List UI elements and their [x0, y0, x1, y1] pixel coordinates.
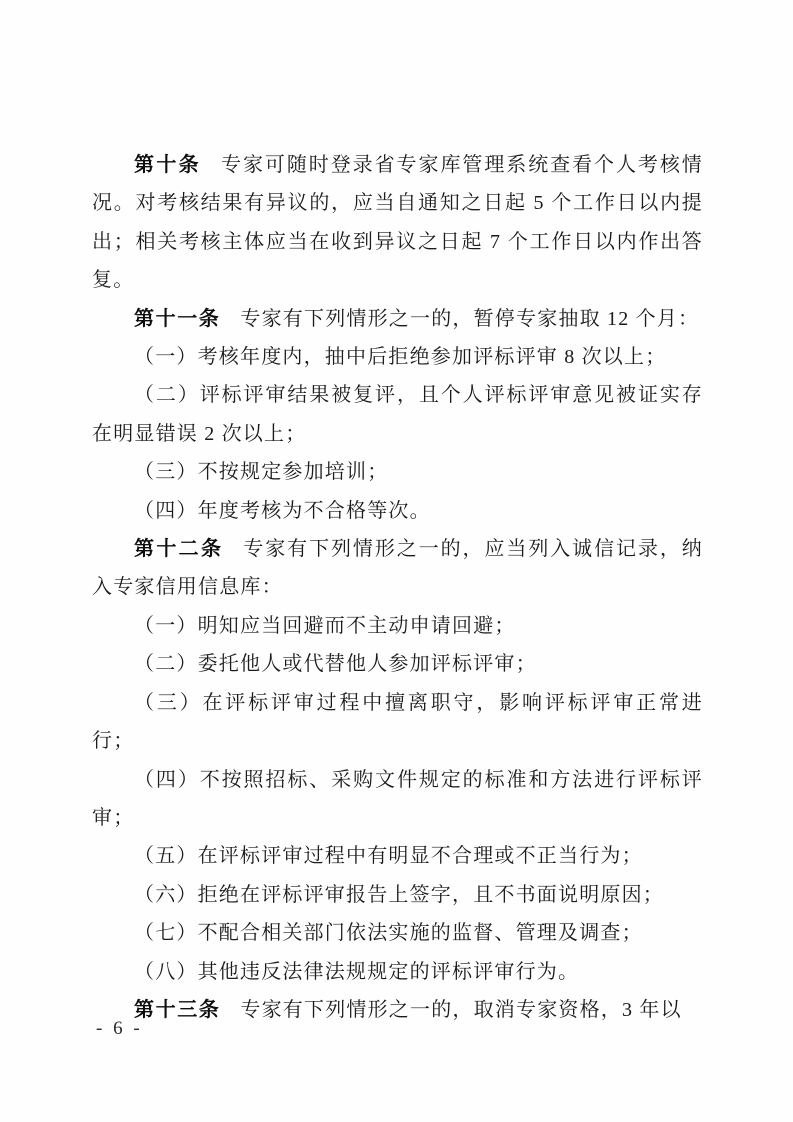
article-number: 第十二条	[134, 538, 223, 560]
paragraph-text: （三）不按规定参加培训；	[134, 461, 388, 483]
paragraph-article-12: 第十二条专家有下列情形之一的，应当列入诚信记录，纳入专家信用信息库：	[92, 530, 703, 607]
page-number: - 6 -	[96, 1018, 143, 1040]
list-item: （二）评标评审结果被复评，且个人评标评审意见被证实存在明显错误 2 次以上；	[92, 376, 703, 453]
list-item: （四）不按照招标、采购文件规定的标准和方法进行评标评审；	[92, 761, 703, 838]
list-item: （二）委托他人或代替他人参加评标评审；	[92, 645, 703, 683]
paragraph-text: （七）不配合相关部门依法实施的监督、管理及调查；	[134, 922, 643, 944]
paragraph-article-11: 第十一条专家有下列情形之一的，暂停专家抽取 12 个月：	[92, 300, 703, 338]
list-item: （七）不配合相关部门依法实施的监督、管理及调查；	[92, 914, 703, 952]
article-number: 第十三条	[134, 999, 220, 1021]
list-item: （三）不按规定参加培训；	[92, 453, 703, 491]
list-item: （三）在评标评审过程中擅离职守，影响评标评审正常进行；	[92, 684, 703, 761]
list-item: （一）考核年度内，抽中后拒绝参加评标评审 8 次以上；	[92, 338, 703, 376]
list-item: （六）拒绝在评标评审报告上签字，且不书面说明原因；	[92, 876, 703, 914]
paragraph-text: （四）不按照招标、采购文件规定的标准和方法进行评标评审；	[92, 769, 703, 829]
list-item: （四）年度考核为不合格等次。	[92, 492, 703, 530]
paragraph-text: （二）委托他人或代替他人参加评标评审；	[134, 653, 537, 675]
paragraph-text: 专家有下列情形之一的，取消专家资格，3 年以	[240, 999, 681, 1021]
paragraph-article-13: 第十三条专家有下列情形之一的，取消专家资格，3 年以	[92, 991, 703, 1029]
paragraph-text: （三）在评标评审过程中擅离职守，影响评标评审正常进行；	[92, 692, 703, 752]
article-number: 第十条	[134, 154, 201, 176]
paragraph-text: （四）年度考核为不合格等次。	[134, 500, 431, 522]
paragraph-text: （二）评标评审结果被复评，且个人评标评审意见被证实存在明显错误 2 次以上；	[92, 384, 703, 444]
document-body: 第十条专家可随时登录省专家库管理系统查看个人考核情况。对考核结果有异议的，应当自…	[92, 146, 703, 1029]
paragraph-text: （五）在评标评审过程中有明显不合理或不正当行为；	[134, 845, 643, 867]
paragraph-text: （八）其他违反法律法规规定的评标评审行为。	[134, 961, 579, 983]
article-number: 第十一条	[134, 308, 220, 330]
paragraph-text: （六）拒绝在评标评审报告上签字，且不书面说明原因；	[134, 884, 664, 906]
list-item: （八）其他违反法律法规规定的评标评审行为。	[92, 953, 703, 991]
paragraph-text: （一）明知应当回避而不主动申请回避；	[134, 615, 516, 637]
paragraph-article-10: 第十条专家可随时登录省专家库管理系统查看个人考核情况。对考核结果有异议的，应当自…	[92, 146, 703, 300]
list-item: （一）明知应当回避而不主动申请回避；	[92, 607, 703, 645]
paragraph-text: 专家有下列情形之一的，暂停专家抽取 12 个月：	[240, 308, 699, 330]
paragraph-text: （一）考核年度内，抽中后拒绝参加评标评审 8 次以上；	[134, 346, 666, 368]
document-page: 第十条专家可随时登录省专家库管理系统查看个人考核情况。对考核结果有异议的，应当自…	[0, 0, 793, 1122]
list-item: （五）在评标评审过程中有明显不合理或不正当行为；	[92, 837, 703, 875]
